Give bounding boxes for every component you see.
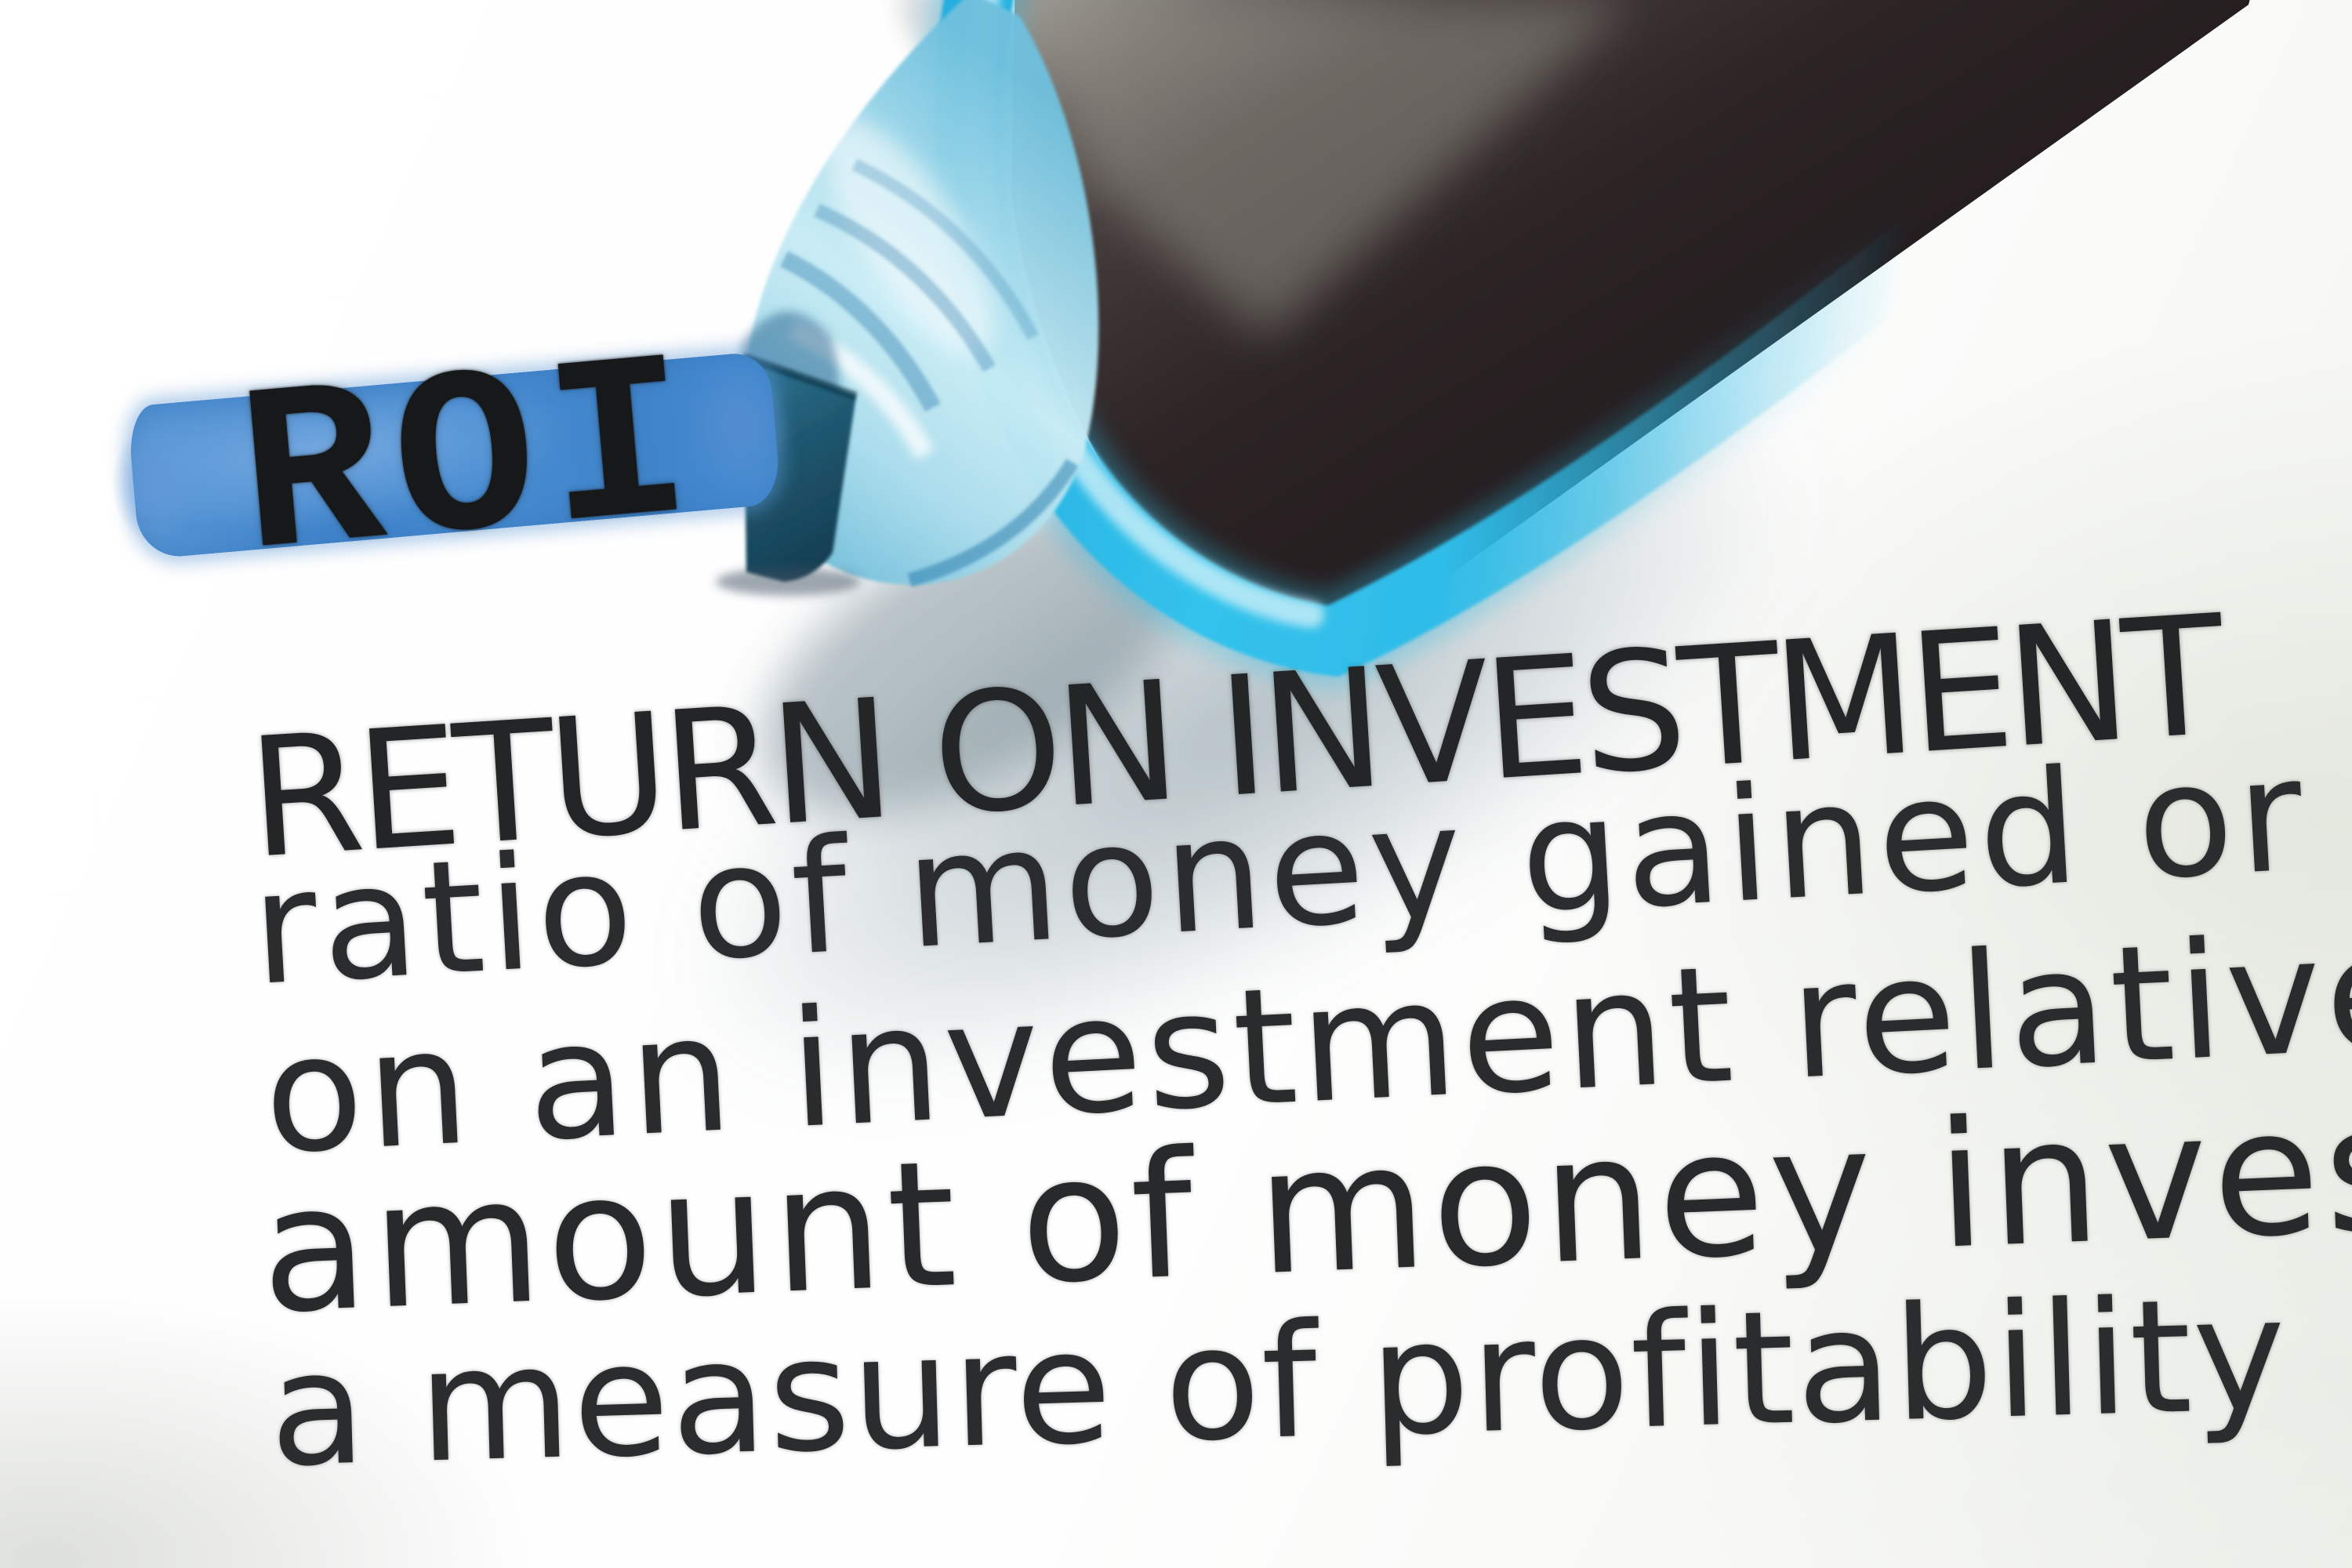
photo-scene: ROI RETURN ON INVESTMENT ratio of money … [0, 0, 2352, 1568]
roi-label: ROI [230, 312, 713, 618]
